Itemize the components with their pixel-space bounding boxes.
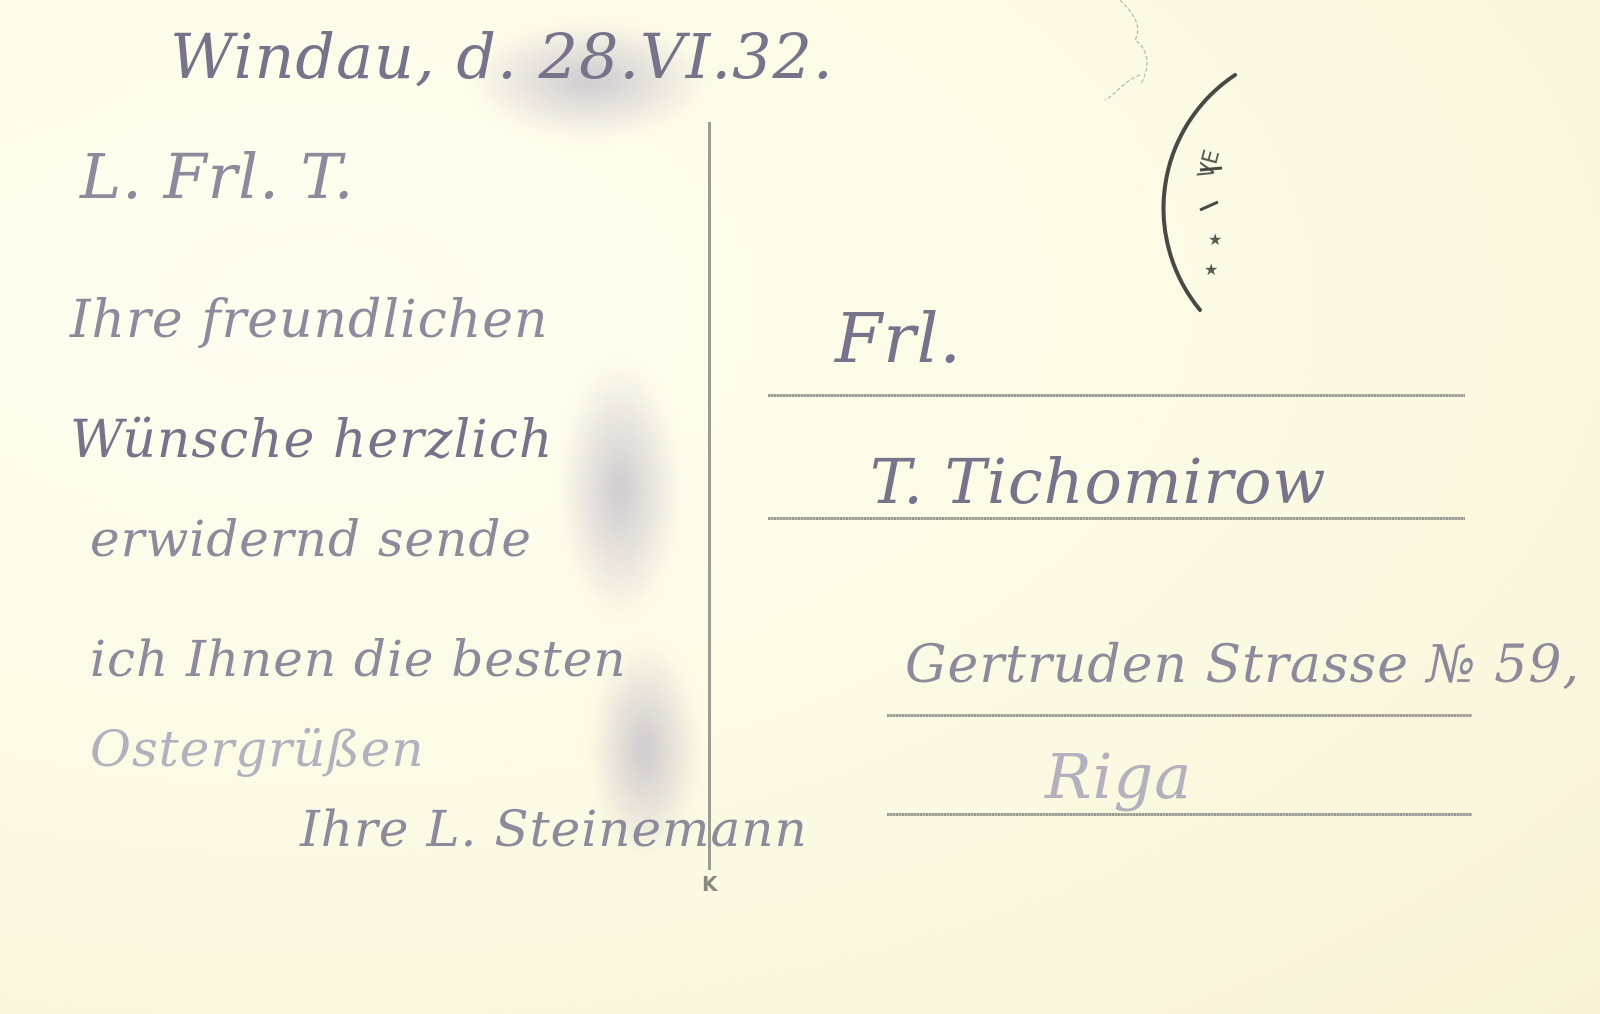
message-line: ich Ihnen die besten xyxy=(90,630,627,688)
message-line: Ostergrüßen xyxy=(90,720,425,778)
address-name: T. Tichomirow xyxy=(870,445,1326,518)
message-line: erwidernd sende xyxy=(90,510,532,568)
address-line xyxy=(887,813,1472,816)
signature: Ihre L. Steinemann xyxy=(300,800,808,858)
address-city: Riga xyxy=(1045,740,1192,813)
svg-text:★: ★ xyxy=(1204,260,1218,279)
address-title: Frl. xyxy=(835,300,962,379)
message-line: Wünsche herzlich xyxy=(70,410,553,470)
postcard: Windau, d. 28.VI.32. L. Frl. T. Ihre fre… xyxy=(0,0,1600,1014)
svg-text:VE: VE xyxy=(1194,147,1226,181)
place-date: Windau, d. 28.VI.32. xyxy=(170,20,834,93)
message-line: Ihre freundlichen xyxy=(70,290,548,350)
ink-smudge xyxy=(560,360,680,620)
address-line xyxy=(768,394,1465,397)
printer-mark: K xyxy=(702,872,718,896)
postmark-icon: VE ★ ★ xyxy=(1150,70,1340,320)
address-line xyxy=(887,714,1472,717)
svg-text:★: ★ xyxy=(1208,230,1222,249)
address-street: Gertruden Strasse № 59, W.6 xyxy=(905,635,1600,695)
center-divider xyxy=(708,122,711,870)
address-line xyxy=(768,517,1465,520)
salutation: L. Frl. T. xyxy=(80,140,354,213)
